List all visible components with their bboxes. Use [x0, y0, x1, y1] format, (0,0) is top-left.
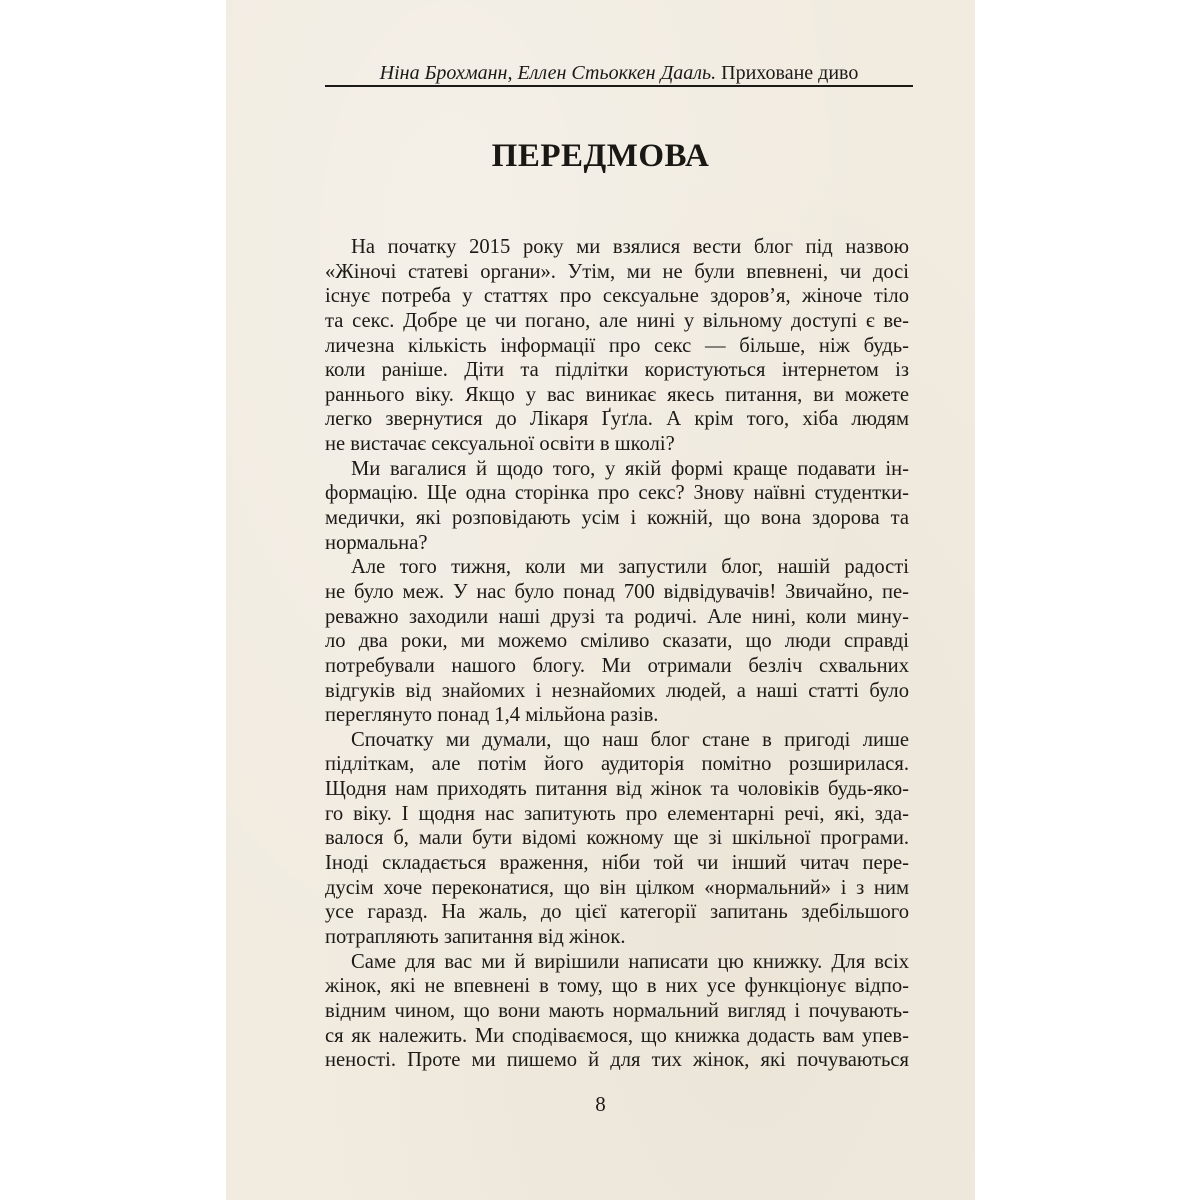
- text-line: не вистачає сексуальної освіти в школі?: [325, 432, 909, 457]
- text-line: відгуків від знайомих і незнайомих людей…: [325, 679, 909, 704]
- text-line: личезна кількість інформації про секс — …: [325, 334, 909, 359]
- text-line: На початку 2015 року ми взялися вести бл…: [325, 235, 909, 260]
- text-line: не було меж. У нас було понад 700 відвід…: [325, 580, 909, 605]
- text-line: медички, які розповідають усім і кожній,…: [325, 506, 909, 531]
- chapter-title: ПЕРЕДМОВА: [226, 138, 975, 175]
- text-line: підліткам, але потім його аудиторія помі…: [325, 752, 909, 777]
- text-line: раннього віку. Якщо у вас виникає якесь …: [325, 383, 909, 408]
- text-line: Спочатку ми думали, що наш блог стане в …: [325, 728, 909, 753]
- text-line: «Жіночі статеві органи». Утім, ми не бул…: [325, 260, 909, 285]
- text-line: ло два роки, ми можемо сміливо сказати, …: [325, 629, 909, 654]
- text-line: Але того тижня, коли ми запустили блог, …: [325, 555, 909, 580]
- text-line: Ми вагалися й щодо того, у якій формі кр…: [325, 457, 909, 482]
- text-line: валося б, мали бути відомі кожному ще зі…: [325, 826, 909, 851]
- text-line: Іноді складається враження, ніби той чи …: [325, 851, 909, 876]
- text-line: потрапляють запитання від жінок.: [325, 925, 909, 950]
- text-line: відним чином, що вони мають нормальний в…: [325, 999, 909, 1024]
- text-line: ся як належить. Ми сподіваємося, що книж…: [325, 1024, 909, 1049]
- page-number: 8: [226, 1092, 975, 1117]
- text-line: Саме для вас ми й вирішили написати цю к…: [325, 950, 909, 975]
- running-head-book-title: Приховане диво: [721, 62, 858, 84]
- header-rule: [325, 85, 913, 87]
- text-line: дусім хоче переконатися, що він цілком «…: [325, 876, 909, 901]
- running-head-authors: Ніна Брохманн, Еллен Стьоккен Дааль.: [380, 62, 716, 84]
- text-line: існує потреба у статтях про сексуальне з…: [325, 284, 909, 309]
- text-line: коли раніше. Діти та підлітки користують…: [325, 358, 909, 383]
- text-line: неності. Проте ми пишемо й для тих жінок…: [325, 1048, 909, 1073]
- text-line: жінок, які не впевнені в тому, що в них …: [325, 974, 909, 999]
- text-line: потребували нашого блогу. Ми отримали бе…: [325, 654, 909, 679]
- text-line: нормальна?: [325, 531, 909, 556]
- text-line: усе гаразд. На жаль, до цієї категорії з…: [325, 900, 909, 925]
- running-head: Ніна Брохманн, Еллен Стьоккен Дааль. При…: [326, 62, 912, 85]
- text-line: го віку. І щодня нас запитують про елеме…: [325, 802, 909, 827]
- book-page: Ніна Брохманн, Еллен Стьоккен Дааль. При…: [226, 0, 975, 1200]
- body-text: На початку 2015 року ми взялися вести бл…: [325, 235, 909, 1073]
- text-line: переглянуто понад 1,4 мільйона разів.: [325, 703, 909, 728]
- text-line: та секс. Добре це чи погано, але нині у …: [325, 309, 909, 334]
- text-line: легко звернутися до Лікаря Ґуґла. А крім…: [325, 407, 909, 432]
- text-line: Щодня нам приходять питання від жінок та…: [325, 777, 909, 802]
- text-line: реважно заходили наші друзі та родичі. А…: [325, 605, 909, 630]
- text-line: формацію. Ще одна сторінка про секс? Зно…: [325, 481, 909, 506]
